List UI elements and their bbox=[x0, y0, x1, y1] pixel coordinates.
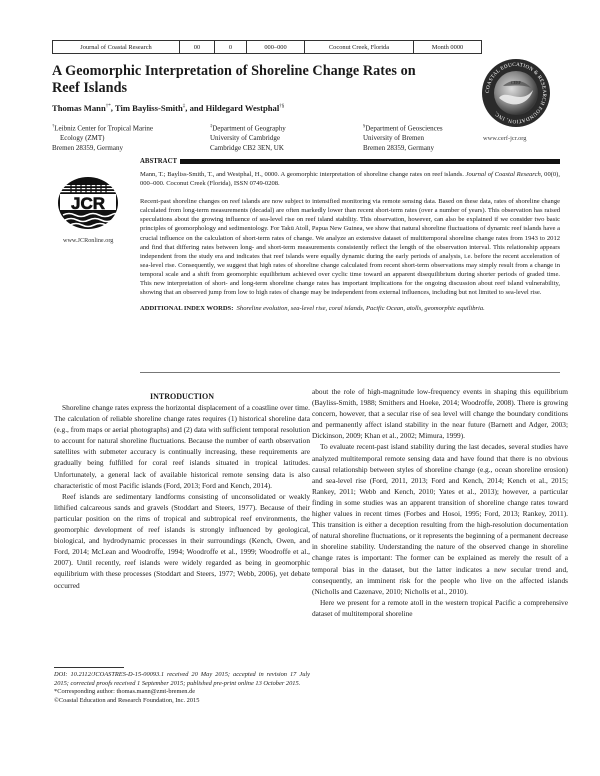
index-words-label: ADDITIONAL INDEX WORDS: bbox=[140, 305, 233, 312]
svg-text:JCR: JCR bbox=[71, 194, 105, 213]
jcr-journal-logo-icon: JCR bbox=[57, 175, 119, 227]
paper-title: A Geomorphic Interpretation of Shoreline… bbox=[52, 63, 432, 96]
body-paragraph: To evaluate recent-past island stability… bbox=[312, 441, 568, 596]
abstract-body: Mann, T.; Bayliss-Smith, T., and Westpha… bbox=[140, 170, 560, 313]
abstract-header-bar bbox=[180, 159, 560, 164]
author-marks: †§ bbox=[279, 104, 284, 109]
affiliation-zmt: †Leibniz Center for Tropical Marine Ecol… bbox=[52, 121, 153, 154]
abstract-text: Recent-past shoreline changes on reef is… bbox=[140, 197, 560, 297]
header-date: Month 0000 bbox=[414, 41, 481, 53]
citation-text: Mann, T.; Bayliss-Smith, T., and Westpha… bbox=[140, 171, 466, 178]
header-issue: 0 bbox=[215, 41, 247, 53]
abstract-label: ABSTRACT bbox=[140, 158, 177, 165]
header-location: Coconut Creek, Florida bbox=[305, 41, 414, 53]
affiliation-line: Department of Geosciences bbox=[365, 124, 442, 132]
body-column-right: about the role of high-magnitude low-fre… bbox=[312, 386, 568, 619]
doi-footnote: DOI: 10.2112/JCOASTRES-D-15-00093.1 rece… bbox=[54, 671, 310, 688]
body-paragraph: about the role of high-magnitude low-fre… bbox=[312, 386, 568, 441]
copyright-footnote: ©Coastal Education and Research Foundati… bbox=[54, 697, 310, 706]
footnote-divider bbox=[54, 667, 124, 668]
author-separator: , and bbox=[185, 103, 205, 113]
abstract-divider bbox=[140, 372, 560, 373]
citation-journal: Journal of Coastal Research, bbox=[466, 171, 543, 178]
affiliation-line: Bremen 28359, Germany bbox=[363, 144, 443, 154]
cerf-foundation-logo-icon: COASTAL EDUCATION & RESEARCH FOUNDATION,… bbox=[481, 58, 551, 128]
index-words-list: Shoreline evolution, sea-level rise, cor… bbox=[237, 305, 485, 312]
jcr-url: www.JCRonline.org bbox=[63, 237, 113, 244]
header-pages: 000–000 bbox=[247, 41, 305, 53]
author-name: Tim Bayliss-Smith bbox=[115, 103, 183, 113]
author-name: Hildegard Westphal bbox=[206, 103, 280, 113]
abstract-header: ABSTRACT bbox=[140, 158, 560, 165]
body-paragraph: Reef islands are sedimentary landforms c… bbox=[54, 491, 310, 591]
header-journal-name: Journal of Coastal Research bbox=[53, 41, 180, 53]
affiliation-line: Bremen 28359, Germany bbox=[52, 144, 153, 154]
body-paragraph: Shoreline change rates express the horiz… bbox=[54, 402, 310, 491]
svg-text:CERF: CERF bbox=[511, 80, 522, 85]
corresponding-author-footnote: *Corresponding author: thomas.mann@zmt-b… bbox=[54, 688, 310, 697]
section-heading-introduction: INTRODUCTION bbox=[54, 391, 310, 402]
author-name: Thomas Mann bbox=[52, 103, 106, 113]
affiliation-line: Leibniz Center for Tropical Marine bbox=[54, 124, 153, 132]
affiliation-cambridge: ‡Department of Geography University of C… bbox=[210, 121, 286, 154]
header-volume: 00 bbox=[180, 41, 215, 53]
cerf-url: www.cerf-jcr.org bbox=[483, 135, 526, 142]
author-list: Thomas Mann†*, Tim Bayliss-Smith‡, and H… bbox=[52, 103, 284, 113]
index-words: ADDITIONAL INDEX WORDS: Shoreline evolut… bbox=[140, 304, 560, 313]
affiliation-line: Cambridge CB2 3EN, UK bbox=[210, 144, 286, 154]
affiliation-bremen: §Department of Geosciences University of… bbox=[363, 121, 443, 154]
affiliation-line: Department of Geography bbox=[212, 124, 285, 132]
footnotes: DOI: 10.2112/JCOASTRES-D-15-00093.1 rece… bbox=[54, 671, 310, 705]
abstract-citation: Mann, T.; Bayliss-Smith, T., and Westpha… bbox=[140, 170, 560, 188]
affiliation-line: Ecology (ZMT) bbox=[52, 134, 153, 144]
body-column-left: INTRODUCTION Shoreline change rates expr… bbox=[54, 391, 310, 591]
affiliation-line: University of Bremen bbox=[363, 134, 443, 144]
affiliation-line: University of Cambridge bbox=[210, 134, 286, 144]
body-paragraph: Here we present for a remote atoll in th… bbox=[312, 597, 568, 619]
running-header-table: Journal of Coastal Research 00 0 000–000… bbox=[52, 40, 482, 54]
